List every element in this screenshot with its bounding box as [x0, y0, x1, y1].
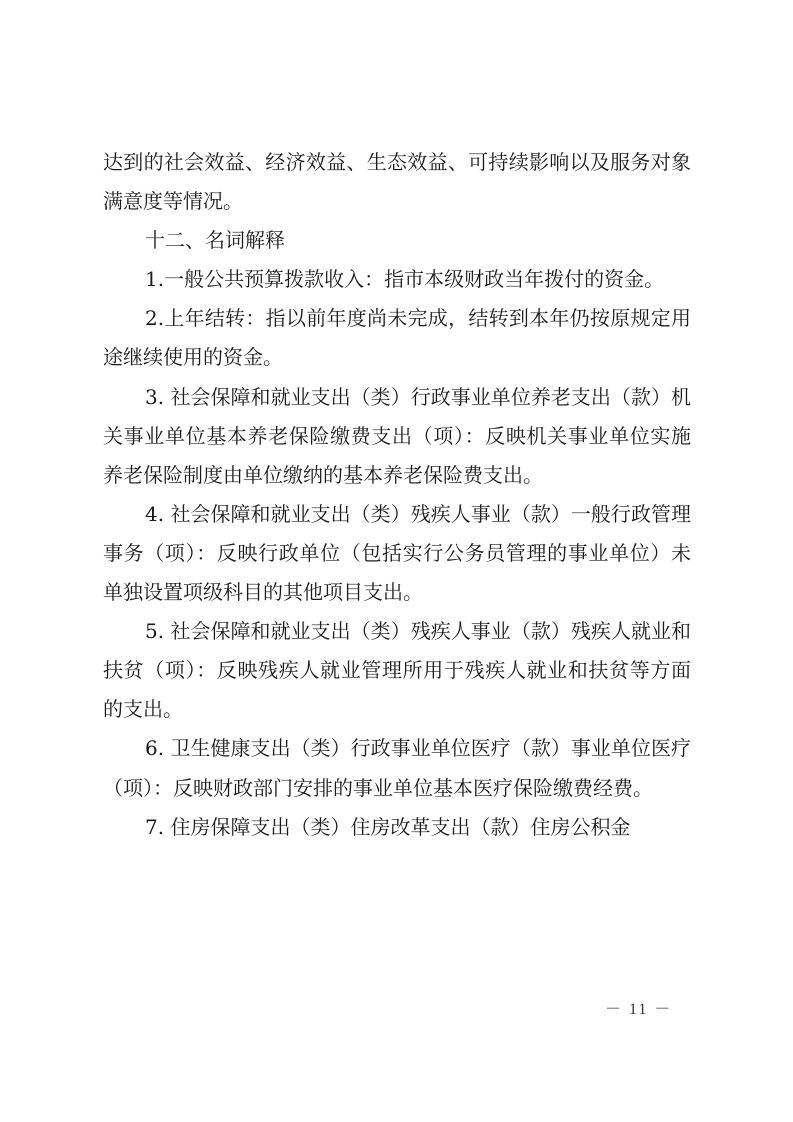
glossary-item-1: 1.一般公共预算拨款收入：指市本级财政当年拨付的资金。: [103, 260, 691, 299]
glossary-item-2: 2.上年结转：指以前年度尚未完成，结转到本年仍按原规定用途继续使用的资金。: [103, 299, 691, 377]
glossary-item-4: 4. 社会保障和就业支出（类）残疾人事业（款）一般行政管理事务（项）：反映行政单…: [103, 495, 691, 612]
glossary-item-5: 5. 社会保障和就业支出（类）残疾人事业（款）残疾人就业和扶贫（项）：反映残疾人…: [103, 612, 691, 729]
continuation-paragraph: 达到的社会效益、经济效益、生态效益、可持续影响以及服务对象满意度等情况。: [103, 143, 691, 221]
section-heading-glossary: 十二、名词解释: [103, 221, 691, 260]
document-page: 达到的社会效益、经济效益、生态效益、可持续影响以及服务对象满意度等情况。 十二、…: [0, 0, 793, 1122]
document-body: 达到的社会效益、经济效益、生态效益、可持续影响以及服务对象满意度等情况。 十二、…: [103, 143, 691, 847]
page-number: － 11 －: [605, 996, 672, 1019]
glossary-item-7: 7. 住房保障支出（类）住房改革支出（款）住房公积金: [103, 808, 691, 847]
glossary-item-3: 3. 社会保障和就业支出（类）行政事业单位养老支出（款）机关事业单位基本养老保险…: [103, 378, 691, 495]
glossary-item-6: 6. 卫生健康支出（类）行政事业单位医疗（款）事业单位医疗（项）：反映财政部门安…: [103, 729, 691, 807]
